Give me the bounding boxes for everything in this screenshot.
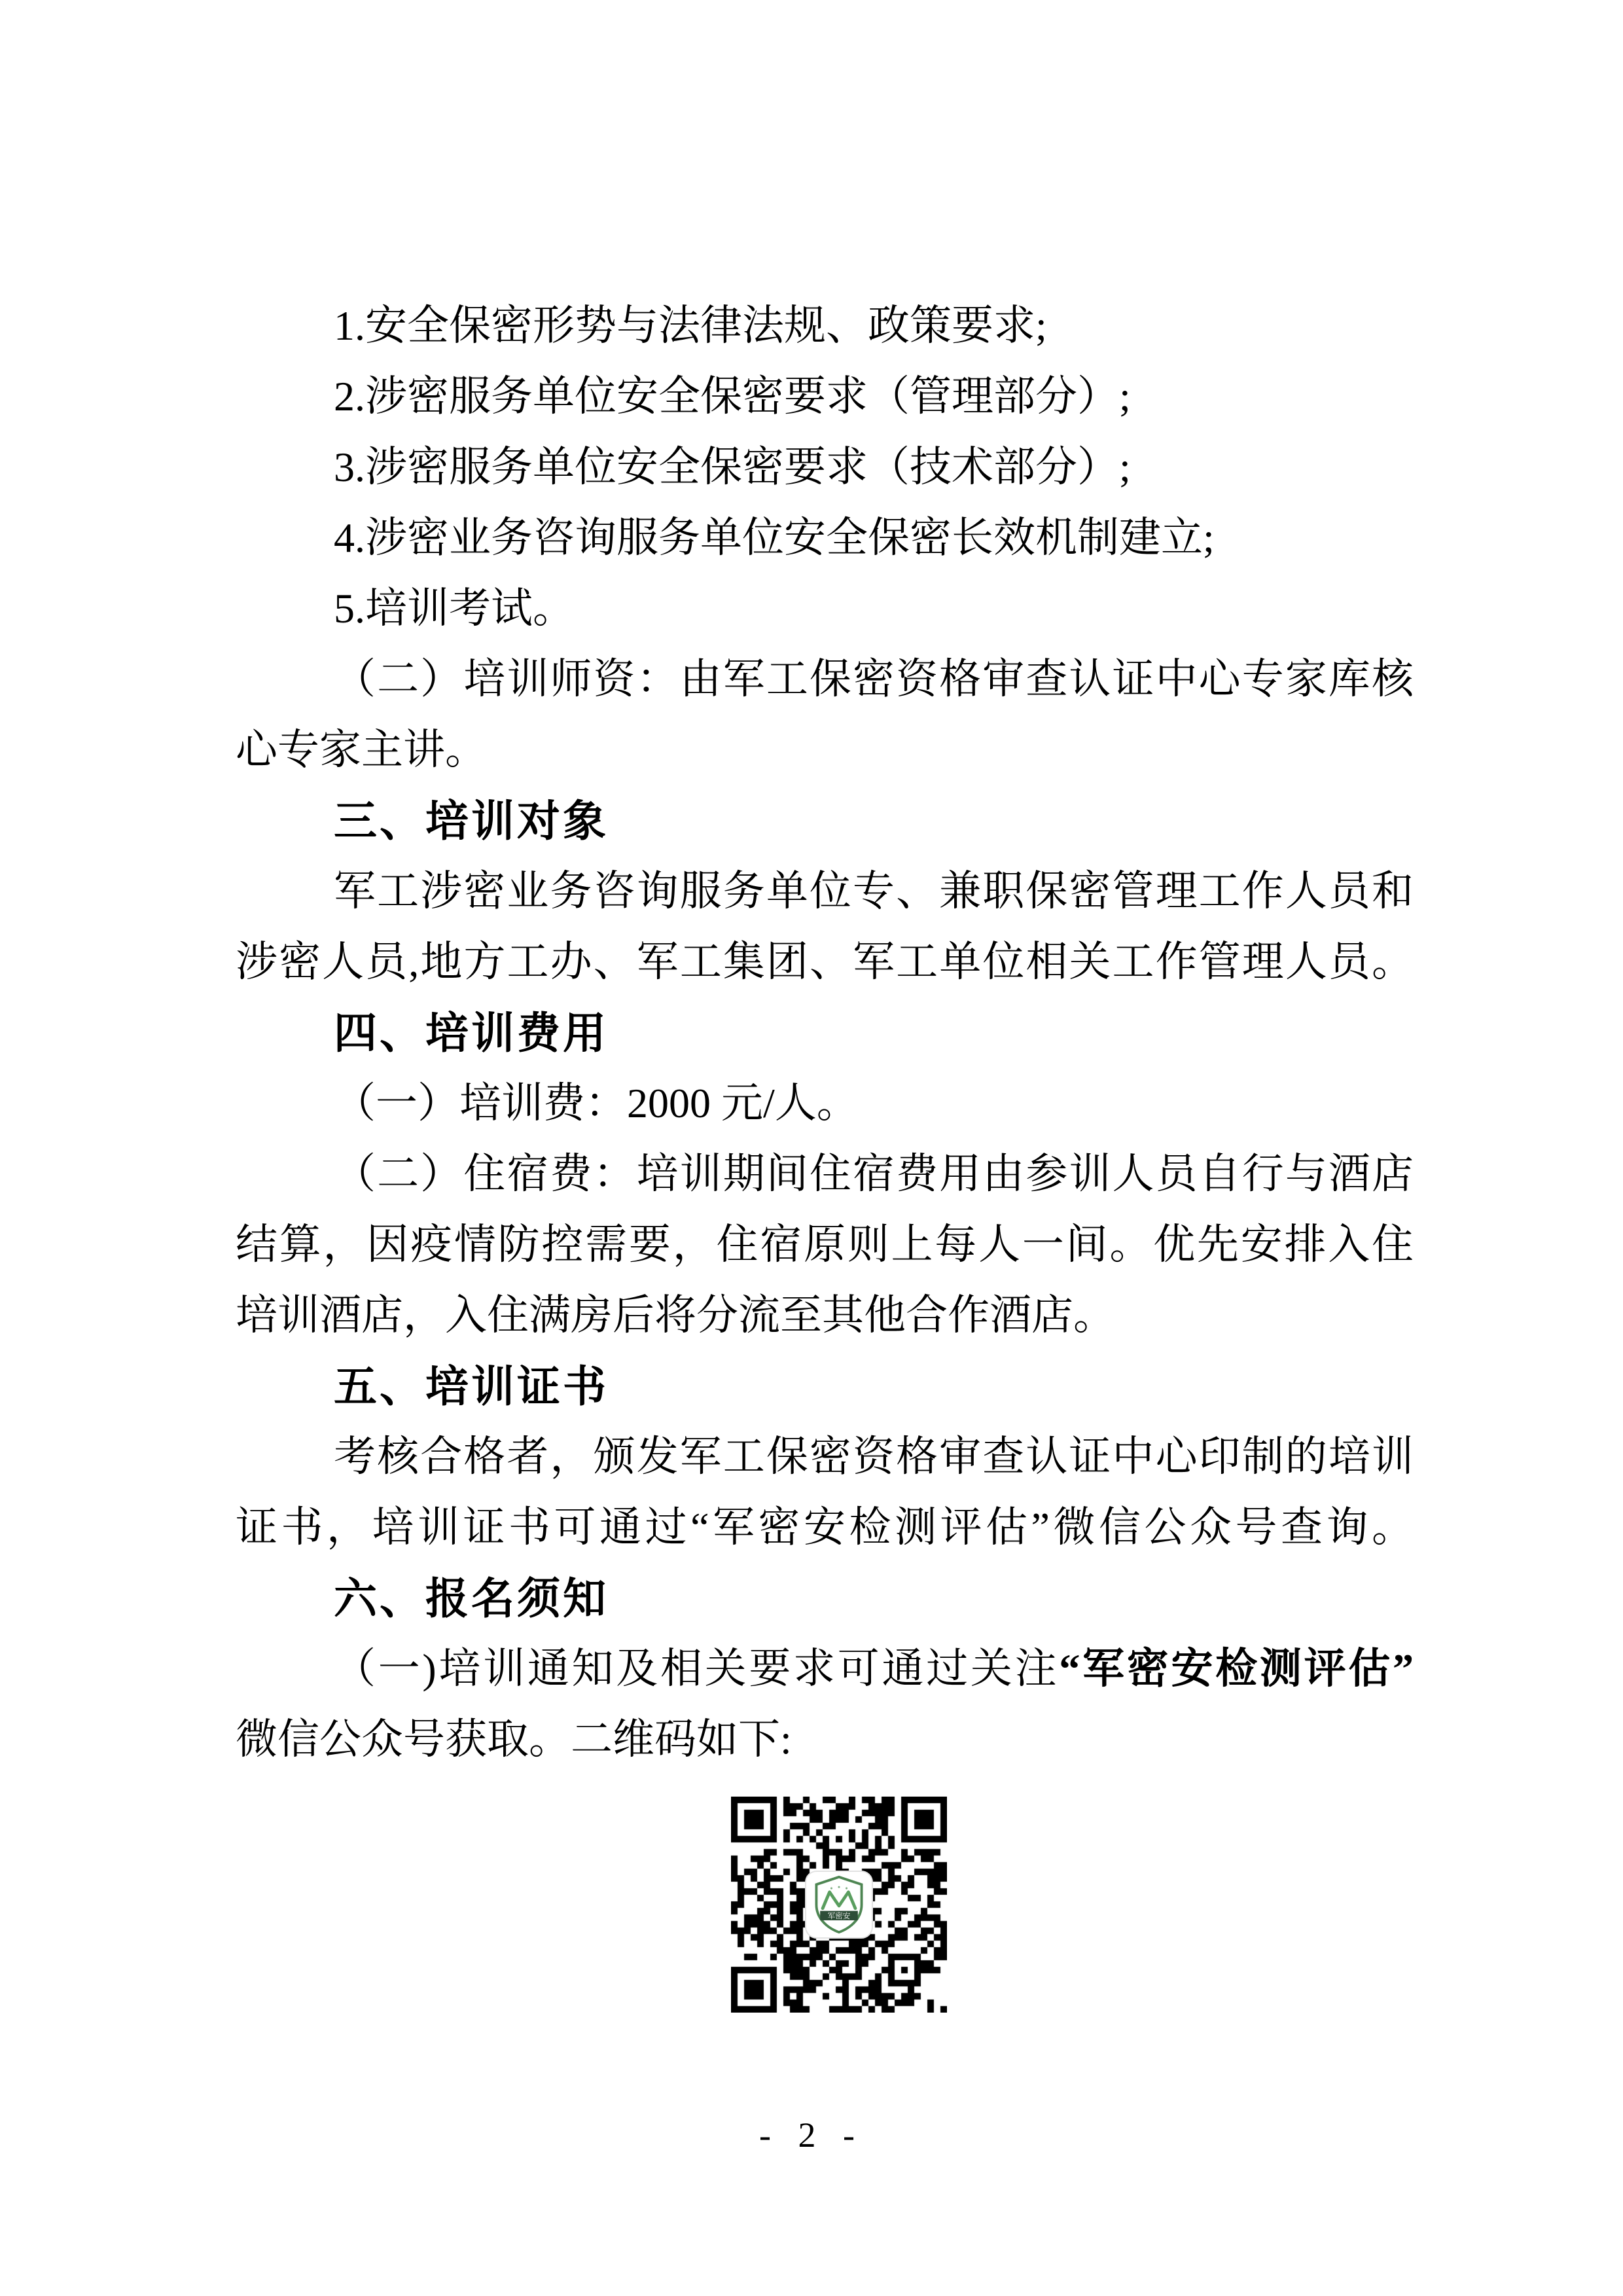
para-certificate-line-2: 证书，培训证书可通过“军密安检测评估”微信公众号查询。: [236, 1492, 1414, 1563]
section-heading-training-certificate: 五、培训证书: [236, 1351, 1414, 1422]
para-training-targets-line-2: 涉密人员,地方工办、军工集团、军工单位相关工作管理人员。: [236, 927, 1414, 997]
list-item-2: 2.涉密服务单位安全保密要求（管理部分）;: [236, 361, 1414, 432]
page-number: - 2 -: [0, 2115, 1623, 2155]
para-training-fee: （一）培训费：2000 元/人。: [236, 1068, 1414, 1139]
para-training-faculty-line-1: （二）培训师资：由军工保密资格审查认证中心专家库核: [236, 644, 1414, 715]
para-lodging-fee-line-1: （二）住宿费：培训期间住宿费用由参训人员自行与酒店: [236, 1139, 1414, 1210]
qr-logo: 军密安: [805, 1871, 873, 1939]
para-lodging-fee-line-2: 结算，因疫情防控需要，住宿原则上每人一间。优先安排入住: [236, 1210, 1414, 1280]
para-registration-line-1: （一)培训通知及相关要求可通过关注“军密安检测评估”: [236, 1634, 1414, 1704]
document-page: 1.安全保密形势与法律法规、政策要求; 2.涉密服务单位安全保密要求（管理部分）…: [0, 0, 1623, 2296]
shield-logo-icon: 军密安: [808, 1873, 870, 1936]
para-training-faculty-line-2: 心专家主讲。: [236, 715, 1414, 785]
qr-logo-text: 军密安: [828, 1911, 851, 1920]
list-item-4: 4.涉密业务咨询服务单位安全保密长效机制建立;: [236, 503, 1414, 573]
section-heading-training-targets: 三、培训对象: [236, 785, 1414, 856]
para-training-targets-line-1: 军工涉密业务咨询服务单位专、兼职保密管理工作人员和: [236, 856, 1414, 927]
para-certificate-line-1: 考核合格者，颁发军工保密资格审查认证中心印制的培训: [236, 1422, 1414, 1492]
para-lodging-fee-line-3: 培训酒店，入住满房后将分流至其他合作酒店。: [236, 1280, 1414, 1351]
para-registration-line-2: 微信公众号获取。二维码如下:: [236, 1704, 1414, 1775]
list-item-3: 3.涉密服务单位安全保密要求（技术部分）;: [236, 432, 1414, 503]
document-body: 1.安全保密形势与法律法规、政策要求; 2.涉密服务单位安全保密要求（管理部分）…: [236, 291, 1414, 1775]
para-registration-bold-text: “军密安检测评估”: [1059, 1645, 1414, 1692]
list-item-1: 1.安全保密形势与法律法规、政策要求;: [236, 291, 1414, 361]
section-heading-training-fees: 四、培训费用: [236, 997, 1414, 1068]
para-registration-regular-text: （一)培训通知及相关要求可通过关注: [334, 1645, 1059, 1692]
list-item-5: 5.培训考试。: [236, 573, 1414, 644]
wechat-qr-code: 军密安: [731, 1797, 947, 2013]
section-heading-registration-notes: 六、报名须知: [236, 1563, 1414, 1634]
